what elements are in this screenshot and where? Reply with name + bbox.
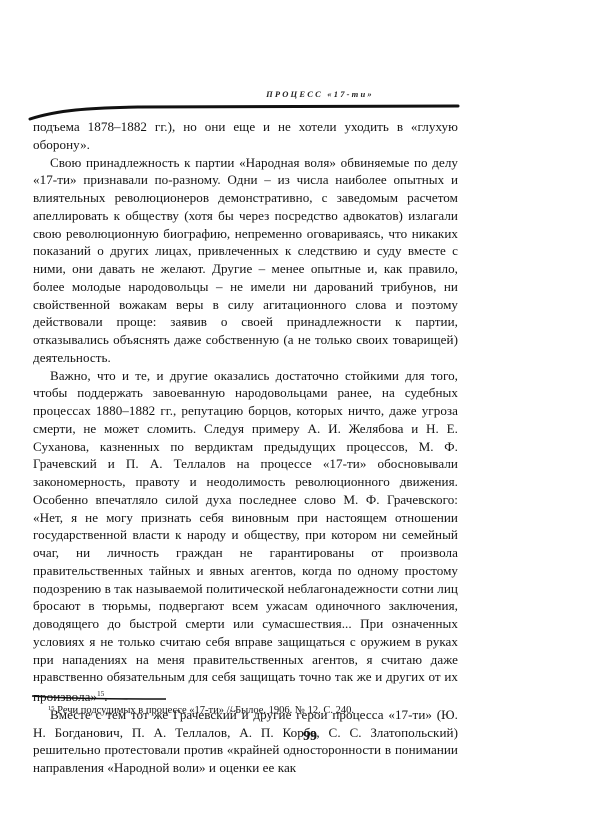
page-number: 99	[0, 729, 600, 745]
footnote-rule	[30, 694, 170, 702]
paragraph: Свою принадлежность к партии «Народная в…	[33, 154, 458, 367]
footnote-number: 15	[48, 705, 55, 712]
footnote-text: Речи подсудимых в процессе «17-ти» // Бы…	[57, 705, 354, 716]
paragraph-continuation: подъема 1878–1882 гг.), но они еще и не …	[33, 118, 458, 154]
paragraph-text: Важно, что и те, и другие оказались дост…	[33, 368, 458, 705]
running-head-title: ПРОЦЕСС «17-ти»	[266, 89, 374, 99]
paragraph: Важно, что и те, и другие оказались дост…	[33, 367, 458, 706]
footnote: 15 Речи подсудимых в процессе «17-ти» //…	[48, 705, 468, 716]
running-head: ПРОЦЕСС «17-ти»	[0, 89, 600, 99]
body-text: подъема 1878–1882 гг.), но они еще и не …	[33, 118, 458, 777]
